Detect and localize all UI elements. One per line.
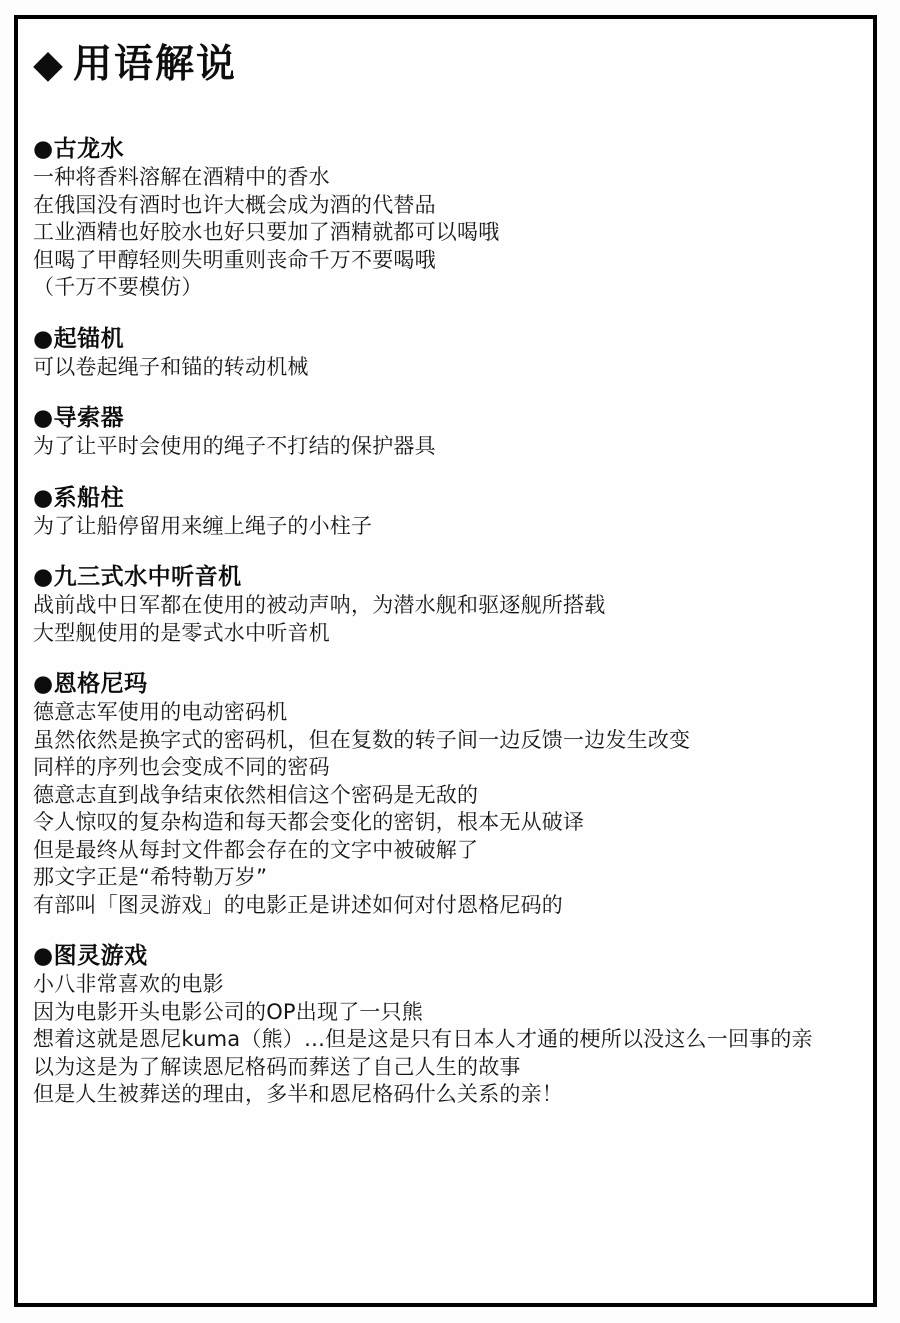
body-line: 小八非常喜欢的电影 bbox=[33, 971, 849, 999]
section-heading: ●九三式水中听音机 bbox=[33, 563, 849, 591]
term-label: 图灵游戏 bbox=[54, 943, 148, 969]
section-imitation-game: ●图灵游戏 小八非常喜欢的电影 因为电影开头电影公司的OP出现了一只熊 想着这就… bbox=[33, 942, 849, 1109]
term-label: 起锚机 bbox=[54, 326, 125, 352]
term-label: 九三式水中听音机 bbox=[54, 564, 242, 590]
diamond-icon: ◆ bbox=[33, 42, 65, 87]
section-windlass: ●起锚机 可以卷起绳子和锚的转动机械 bbox=[33, 325, 849, 382]
body-line: 因为电影开头电影公司的OP出现了一只熊 bbox=[33, 999, 849, 1027]
bullet-icon: ● bbox=[33, 943, 54, 969]
body-line: 德意志直到战争结束依然相信这个密码是无敌的 bbox=[33, 782, 849, 810]
section-heading: ●导索器 bbox=[33, 404, 849, 432]
section-heading: ●系船柱 bbox=[33, 484, 849, 512]
body-line: 想着这就是恩尼kuma（熊）…但是这是只有日本人才通的梗所以没这么一回事的亲 bbox=[33, 1026, 849, 1054]
body-line: 可以卷起绳子和锚的转动机械 bbox=[33, 354, 849, 382]
body-line: 令人惊叹的复杂构造和每天都会变化的密钥，根本无从破译 bbox=[33, 809, 849, 837]
term-label: 古龙水 bbox=[54, 136, 125, 162]
body-line: 有部叫「图灵游戏」的电影正是讲述如何对付恩格尼码的 bbox=[33, 892, 849, 920]
page-title-text: 用语解说 bbox=[73, 42, 237, 87]
section-type93-hydrophone: ●九三式水中听音机 战前战中日军都在使用的被动声呐，为潜水舰和驱逐舰所搭载 大型… bbox=[33, 563, 849, 647]
term-label: 系船柱 bbox=[54, 485, 125, 511]
body-line: 工业酒精也好胶水也好只要加了酒精就都可以喝哦 bbox=[33, 219, 849, 247]
section-fairlead: ●导索器 为了让平时会使用的绳子不打结的保护器具 bbox=[33, 404, 849, 461]
body-line: 同样的序列也会变成不同的密码 bbox=[33, 754, 849, 782]
section-heading: ●古龙水 bbox=[33, 135, 849, 163]
body-line: 但是人生被葬送的理由，多半和恩尼格码什么关系的亲！ bbox=[33, 1081, 849, 1109]
section-cologne: ●古龙水 一种将香料溶解在酒精中的香水 在俄国没有酒时也许大概会成为酒的代替品 … bbox=[33, 135, 849, 302]
section-bollard: ●系船柱 为了让船停留用来缠上绳子的小柱子 bbox=[33, 484, 849, 541]
bullet-icon: ● bbox=[33, 136, 54, 162]
body-line: 以为这是为了解读恩尼格码而葬送了自己人生的故事 bbox=[33, 1054, 849, 1082]
body-line: 在俄国没有酒时也许大概会成为酒的代替品 bbox=[33, 192, 849, 220]
page-frame: ◆用语解说 ●古龙水 一种将香料溶解在酒精中的香水 在俄国没有酒时也许大概会成为… bbox=[14, 15, 877, 1307]
body-line: 战前战中日军都在使用的被动声呐，为潜水舰和驱逐舰所搭载 bbox=[33, 592, 849, 620]
bullet-icon: ● bbox=[33, 405, 54, 431]
body-line: 大型舰使用的是零式水中听音机 bbox=[33, 620, 849, 648]
bullet-icon: ● bbox=[33, 671, 54, 697]
body-line: （千万不要模仿） bbox=[33, 274, 849, 302]
term-label: 恩格尼玛 bbox=[54, 671, 148, 697]
body-line: 德意志军使用的电动密码机 bbox=[33, 699, 849, 727]
bullet-icon: ● bbox=[33, 564, 54, 590]
body-line: 为了让船停留用来缠上绳子的小柱子 bbox=[33, 513, 849, 541]
body-line: 虽然依然是换字式的密码机，但在复数的转子间一边反馈一边发生改变 bbox=[33, 727, 849, 755]
scan-page: ◆用语解说 ●古龙水 一种将香料溶解在酒精中的香水 在俄国没有酒时也许大概会成为… bbox=[0, 0, 900, 1323]
section-heading: ●图灵游戏 bbox=[33, 942, 849, 970]
term-label: 导索器 bbox=[54, 405, 125, 431]
bullet-icon: ● bbox=[33, 326, 54, 352]
page-title: ◆用语解说 bbox=[33, 41, 849, 89]
bullet-icon: ● bbox=[33, 485, 54, 511]
body-line: 一种将香料溶解在酒精中的香水 bbox=[33, 164, 849, 192]
body-line: 但是最终从每封文件都会存在的文字中被破解了 bbox=[33, 837, 849, 865]
body-line: 那文字正是“希特勒万岁” bbox=[33, 864, 849, 892]
body-line: 为了让平时会使用的绳子不打结的保护器具 bbox=[33, 433, 849, 461]
section-enigma: ●恩格尼玛 德意志军使用的电动密码机 虽然依然是换字式的密码机，但在复数的转子间… bbox=[33, 670, 849, 919]
section-heading: ●恩格尼玛 bbox=[33, 670, 849, 698]
body-line: 但喝了甲醇轻则失明重则丧命千万不要喝哦 bbox=[33, 247, 849, 275]
section-heading: ●起锚机 bbox=[33, 325, 849, 353]
